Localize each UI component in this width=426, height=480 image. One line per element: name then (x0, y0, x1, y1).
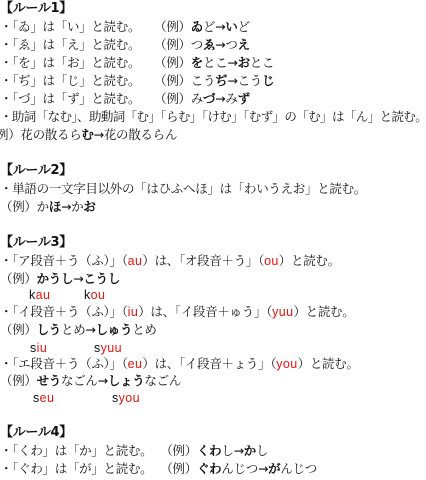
rule4-item-2: ・「ぐわ」は「が」と読む。（例）ぐわんじつ→がんじつ (0, 460, 317, 478)
example-before-highlight: を (191, 55, 203, 70)
example-after-rest: し (108, 271, 120, 286)
example-before-highlight: ゑ (203, 37, 215, 52)
example-before-highlight: せう (37, 373, 61, 388)
romaji-vowel: ou (91, 288, 106, 302)
rule-text: ）と読む。 (293, 304, 354, 319)
romaji-after: you (276, 357, 297, 371)
arrow-icon: → (73, 271, 83, 286)
example-before-rest: んじつ (221, 461, 258, 476)
example-prefix: （例） (154, 91, 191, 106)
romaji-consonant: s (30, 341, 37, 355)
rule3-item-3-romaji-left: seu (33, 389, 54, 407)
rule4-item-1: ・「くわ」は「か」と読む。（例）くわし→かし (0, 442, 268, 460)
example-prefix: （例） (154, 19, 191, 34)
example-before-highlight: かう (37, 271, 61, 286)
example-after: か (71, 199, 83, 214)
example-before-highlight: ゐ (191, 19, 203, 34)
rule1-extra-example: 例）花の散るらむ→花の散るらん (0, 126, 177, 144)
example-after-highlight: い (225, 19, 237, 34)
romaji-before: au (128, 254, 143, 268)
rule3-item-1-romaji-left: kau (29, 286, 50, 304)
rule-text: ・「ゐ」は「い」と読む。 (0, 19, 140, 34)
example-after-highlight: じ (262, 73, 274, 88)
rule-text: ・「ぢ」は「じ」と読む。 (0, 73, 140, 88)
rule-text: ・「を」は「お」と読む。 (0, 55, 140, 70)
example-before-highlight: くわ (197, 443, 221, 458)
example-before-rest: とこ (203, 55, 227, 70)
example-after-highlight: え (238, 37, 250, 52)
example-before: つ (191, 37, 203, 52)
rule3-item-2-example: （例）しうとめ→しゅうとめ (0, 321, 157, 339)
romaji-vowel: eu (40, 391, 55, 405)
example-after-highlight: ず (238, 91, 250, 106)
rule3-item-1-romaji-right: kou (84, 286, 105, 304)
romaji-before: eu (128, 357, 143, 371)
example-before-highlight: ぐわ (197, 461, 221, 476)
rule3-item-3-example: （例）せうなごん→しょうなごん (0, 372, 181, 390)
example-after-highlight: が (268, 461, 280, 476)
rule2-example: （例）かほ→かお (0, 198, 96, 216)
rule-text: ・「エ段音＋う（ふ）」（ (0, 356, 128, 371)
example-prefix: （例） (154, 37, 191, 52)
romaji-after: ou (264, 254, 279, 268)
rule1-extra-rule: ・助詞「なむ」、助動詞「む」「らむ」「けむ」「むず」の「む」は「ん」と読む。 (0, 108, 426, 126)
romaji-vowel: yuu (101, 341, 122, 355)
arrow-icon: → (85, 322, 95, 337)
rule3-item-3-text: ・「エ段音＋う（ふ）」（eu）は、「イ段音＋ょう」（you）と読む。 (0, 355, 359, 373)
romaji-consonant: s (112, 391, 119, 405)
example-after-rest: ど (238, 19, 250, 34)
rule2-heading: 【ルール2】 (0, 162, 72, 180)
example-prefix: （例） (154, 73, 191, 88)
romaji-vowel: you (119, 391, 140, 405)
arrow-icon: → (61, 199, 71, 214)
example-after-highlight: ん (165, 127, 177, 142)
romaji-vowel: au (36, 288, 51, 302)
rule3-item-3-romaji-right: syou (112, 389, 140, 407)
example-after-highlight: か (244, 443, 256, 458)
romaji-after: yuu (272, 305, 293, 319)
rule-text: ）は、「オ段音＋う」（ (142, 253, 264, 268)
example-before: み (191, 91, 203, 106)
example-before: こう (191, 73, 215, 88)
romaji-consonant: s (33, 391, 40, 405)
example-after-highlight: お (83, 199, 95, 214)
rule3-heading: 【ルール3】 (0, 234, 72, 252)
rule1-item-3: ・「を」は「お」と読む。（例）をとこ→おとこ (0, 54, 274, 72)
example-before: 花の散るら (20, 127, 81, 142)
rule-text: ・「ア段音＋う（ふ）」（ (0, 253, 128, 268)
rule2-text: ・単語の一文字目以外の「はひふへほ」は「わいうえお」と読む。 (0, 180, 366, 198)
arrow-icon: → (227, 73, 237, 88)
example-before-rest: とめ (61, 322, 85, 337)
example-prefix: 例） (0, 127, 20, 142)
example-prefix: （例） (160, 443, 197, 458)
arrow-icon: → (215, 19, 225, 34)
arrow-icon: → (234, 443, 244, 458)
rule1-heading: 【ルール1】 (0, 0, 72, 18)
example-before-highlight: づ (203, 91, 215, 106)
rule-text: ・「づ」は「ず」と読む。 (0, 91, 140, 106)
example-before-highlight: ほ (49, 199, 61, 214)
example-prefix: （例） (0, 271, 37, 286)
rule-text: ）は、「イ段音＋ゅう」（ (138, 304, 272, 319)
rule3-item-2-text: ・「イ段音＋う（ふ）」（iu）は、「イ段音＋ゅう」（yuu）と読む。 (0, 303, 354, 321)
example-after: 花の散るら (104, 127, 165, 142)
romaji-consonant: s (94, 341, 101, 355)
example-after: つ (225, 37, 237, 52)
example-after-highlight: しょう (108, 373, 145, 388)
example-after-rest: とこ (250, 55, 274, 70)
example-before-rest: し (61, 271, 73, 286)
rule-text: ・「ぐわ」は「が」と読む。 (0, 461, 152, 476)
example-after: み (225, 91, 237, 106)
rule1-item-1: ・「ゐ」は「い」と読む。（例）ゐど→いど (0, 18, 250, 36)
example-after-rest: んじつ (280, 461, 317, 476)
rule-text: ・「くわ」は「か」と読む。 (0, 443, 152, 458)
romaji-consonant: k (29, 288, 36, 302)
rule1-item-5: ・「づ」は「ず」と読む。（例）みづ→みず (0, 90, 250, 108)
example-after-highlight: しゅう (96, 322, 133, 337)
example-before-rest: なごん (61, 373, 98, 388)
example-prefix: （例） (0, 199, 37, 214)
example-before-highlight: しう (37, 322, 61, 337)
example-prefix: （例） (0, 322, 37, 337)
example-after-rest: なごん (144, 373, 181, 388)
arrow-icon: → (215, 37, 225, 52)
arrow-icon: → (227, 55, 237, 70)
rule-text: ・「ゑ」は「え」と読む。 (0, 37, 140, 52)
arrow-icon: → (215, 91, 225, 106)
rule4-heading: 【ルール4】 (0, 424, 72, 442)
example-after-rest: とめ (132, 322, 156, 337)
example-before-highlight: む (81, 127, 93, 142)
example-before-highlight: ぢ (215, 73, 227, 88)
rule3-item-1-text: ・「ア段音＋う（ふ）」（au）は、「オ段音＋う」（ou）と読む。 (0, 252, 340, 270)
rule1-item-4: ・「ぢ」は「じ」と読む。（例）こうぢ→こうじ (0, 72, 274, 90)
example-before: か (37, 199, 49, 214)
romaji-vowel: iu (37, 341, 48, 355)
example-after-highlight: お (238, 55, 250, 70)
example-before-rest: し (221, 443, 233, 458)
rule1-item-2: ・「ゑ」は「え」と読む。（例）つゑ→つえ (0, 36, 250, 54)
example-after-rest: し (256, 443, 268, 458)
rule-text: ）と読む。 (298, 356, 359, 371)
rule-text: ・「イ段音＋う（ふ）」（ (0, 304, 128, 319)
arrow-icon: → (94, 127, 104, 142)
rule-text: ）と読む。 (279, 253, 340, 268)
example-after: こう (238, 73, 262, 88)
arrow-icon: → (258, 461, 268, 476)
example-before-rest: ど (203, 19, 215, 34)
arrow-icon: → (98, 373, 108, 388)
example-prefix: （例） (160, 461, 197, 476)
example-prefix: （例） (0, 373, 37, 388)
romaji-before: iu (128, 305, 139, 319)
romaji-consonant: k (84, 288, 91, 302)
rule-text: ）は、「イ段音＋ょう」（ (142, 356, 276, 371)
example-prefix: （例） (154, 55, 191, 70)
example-after-highlight: こう (83, 271, 107, 286)
